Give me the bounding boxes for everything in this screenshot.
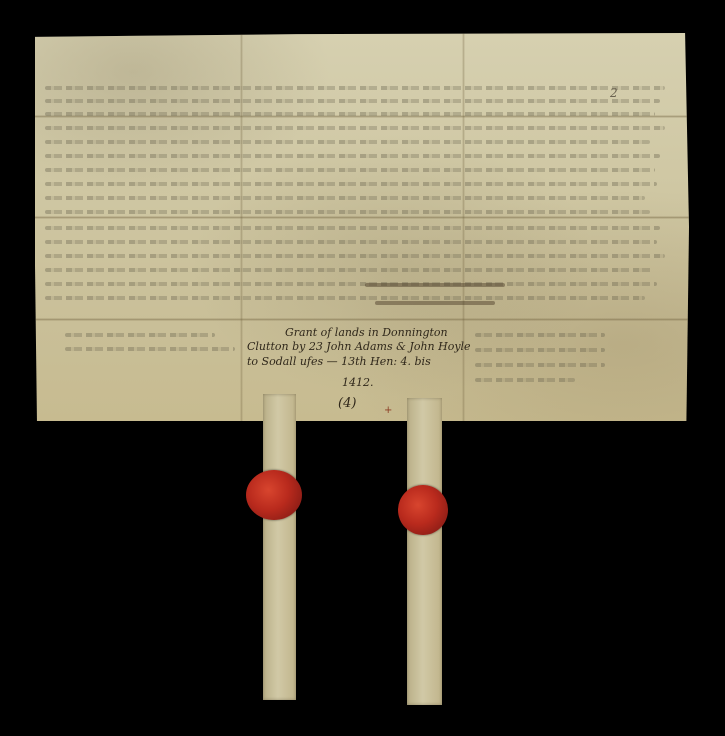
wax-seal-right <box>398 485 448 535</box>
red-ink-mark: + <box>384 405 392 416</box>
endorsement-year: 1412. <box>342 376 374 389</box>
fold-line <box>35 318 689 321</box>
signature-scrawl <box>365 283 505 287</box>
endorsement-number: (4) <box>338 396 356 411</box>
seal-tag-right <box>407 398 442 705</box>
corner-mark: 2 <box>610 86 618 100</box>
seal-tag-left <box>263 394 296 700</box>
wax-seal-left <box>246 470 302 520</box>
endorsement-line-2: Clutton by 23 John Adams & John Hoyle <box>247 340 471 353</box>
fold-line <box>35 216 689 219</box>
endorsement-line-1: Grant of lands in Donnington <box>285 326 448 339</box>
endorsement-line-3: to Sodall ufes — 13th Hen: 4. bis <box>247 355 431 368</box>
signature-scrawl <box>375 301 495 305</box>
parchment-deed: 2 Grant of lands in Donnington Clutton b… <box>35 33 689 421</box>
